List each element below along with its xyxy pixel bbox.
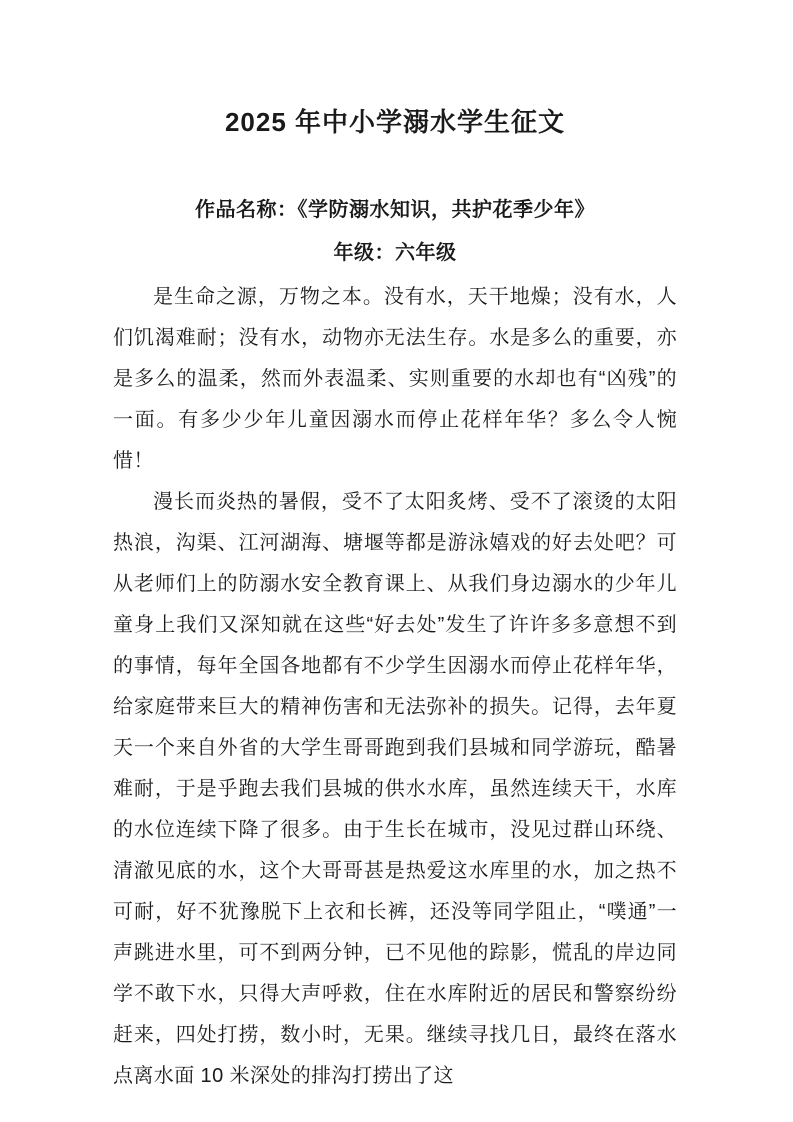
essay-paragraph-2: 漫长而炎热的暑假，受不了太阳炙烤、受不了滚烫的太阳热浪，沟渠、江河湖海、塘堰等都… — [113, 482, 677, 1097]
grade-line: 年级：六年级 — [113, 239, 677, 267]
document-page: 2025 年中小学溺水学生征文 作品名称：《学防溺水知识，共护花季少年》 年级：… — [0, 0, 793, 1122]
work-name-line: 作品名称：《学防溺水知识，共护花季少年》 — [113, 196, 677, 224]
essay-paragraph-1: 是生命之源，万物之本。没有水，天干地燥；没有水，人们饥渴难耐；没有水，动物亦无法… — [113, 277, 677, 482]
document-title: 2025 年中小学溺水学生征文 — [113, 104, 677, 140]
essay-body: 是生命之源，万物之本。没有水，天干地燥；没有水，人们饥渴难耐；没有水，动物亦无法… — [113, 277, 677, 1097]
